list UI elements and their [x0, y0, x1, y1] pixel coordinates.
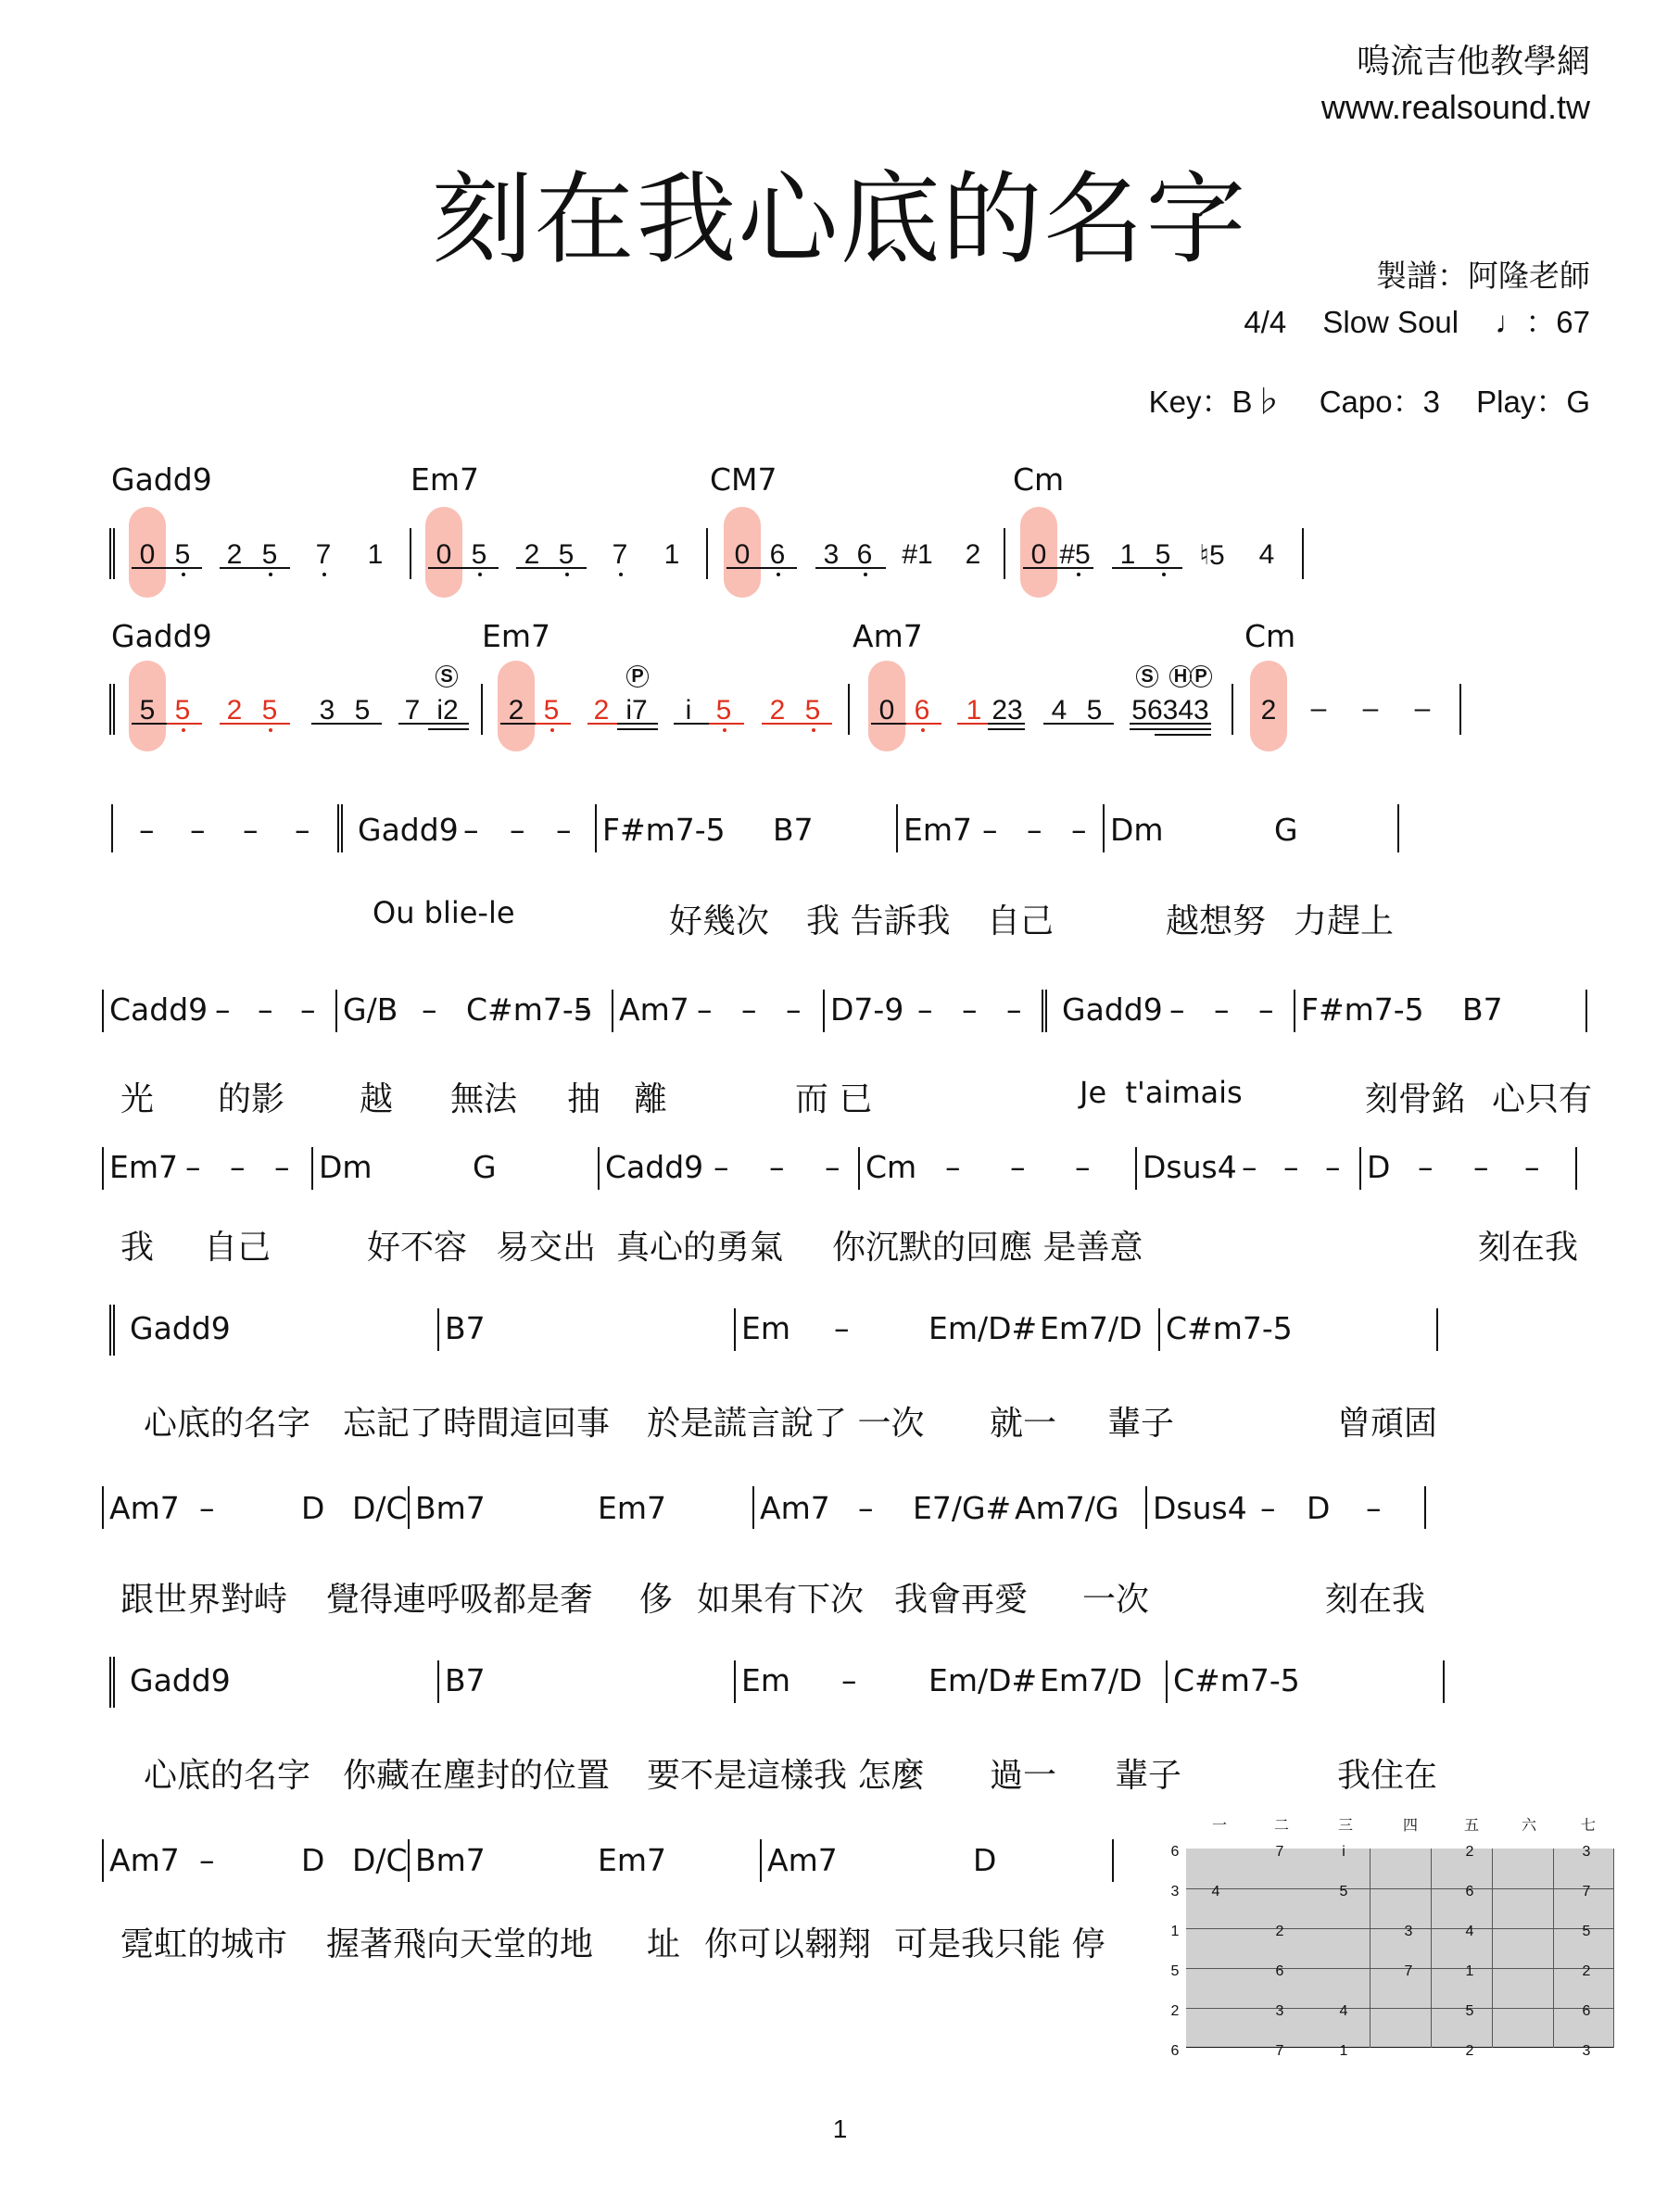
lyric: 越想努 — [1166, 895, 1266, 942]
key: Key：B♭ — [1149, 385, 1283, 419]
pull-off-mark: P — [1190, 665, 1212, 688]
lyric: 我 告訴我 — [806, 895, 950, 942]
site-name: 嗚流吉他教學網 — [1357, 35, 1590, 82]
dash: – — [1358, 693, 1383, 725]
barline — [1232, 684, 1233, 735]
chord-label: Gadd9 — [111, 618, 212, 654]
note: 5 — [350, 695, 374, 726]
dash: – — [1410, 693, 1434, 725]
key-line: Key：B♭ Capo：3 Play：G — [1121, 378, 1590, 422]
note: 1 — [962, 695, 986, 726]
beam — [428, 567, 499, 569]
beam — [132, 567, 202, 569]
note: 23 — [988, 695, 1027, 726]
note: 7 — [311, 539, 335, 571]
note: 5 — [258, 539, 282, 571]
chord-label: Em7 — [482, 618, 550, 654]
note: 2 — [589, 695, 613, 726]
barline — [848, 684, 850, 735]
note: 4 — [1255, 539, 1279, 571]
note: 2 — [504, 695, 528, 726]
beam — [815, 567, 886, 569]
pull-off-mark: P — [626, 665, 649, 688]
chord: F#m7-5 — [602, 812, 726, 848]
chord: Gadd9 — [358, 812, 459, 848]
note: 5 — [1082, 695, 1106, 726]
note: 2 — [1257, 695, 1281, 726]
barline — [481, 684, 483, 735]
beam — [220, 567, 290, 569]
note: ♮5 — [1194, 539, 1231, 572]
note: 3 — [315, 695, 339, 726]
note: 0 — [1027, 539, 1051, 571]
dash: – — [1307, 693, 1331, 725]
note: 0 — [875, 695, 899, 726]
note: 2 — [765, 695, 789, 726]
beam — [1112, 567, 1182, 569]
fretboard-grid — [1186, 1849, 1614, 2048]
note: 6 — [765, 539, 789, 571]
lyric: 自己 — [987, 895, 1054, 942]
note: 5 — [712, 695, 736, 726]
note: 2 — [222, 539, 246, 571]
page-number: 1 — [0, 2114, 1680, 2144]
note: 5 — [135, 695, 159, 726]
note: 4 — [1047, 695, 1071, 726]
double-barline — [109, 684, 115, 735]
site-url[interactable]: www.realsound.tw — [1321, 88, 1590, 127]
note: #5 — [1056, 539, 1093, 571]
play-key: Play：G — [1476, 385, 1590, 419]
note: 1 — [1116, 539, 1140, 571]
note: 0 — [730, 539, 754, 571]
note: 2 — [222, 695, 246, 726]
beam — [726, 567, 797, 569]
chord-label: CM7 — [710, 461, 777, 498]
note: 5 — [171, 539, 195, 571]
note: 1 — [363, 539, 387, 571]
barline — [410, 528, 411, 579]
note: 1 — [660, 539, 684, 571]
note: 5 — [1151, 539, 1175, 571]
note: 5 — [467, 539, 491, 571]
time-signature: 4/4 — [1244, 305, 1286, 339]
note: i7 — [617, 695, 656, 726]
arranger: 製譜：阿隆老師 — [1376, 252, 1590, 296]
slide-mark: S — [1136, 665, 1158, 688]
barline — [1004, 528, 1005, 579]
chord-label: Am7 — [853, 618, 923, 654]
barline — [706, 528, 708, 579]
lyric: 力趕上 — [1294, 895, 1394, 942]
note: 7 — [400, 695, 424, 726]
note: 0 — [135, 539, 159, 571]
note: i2 — [428, 695, 467, 726]
note: 7 — [608, 539, 632, 571]
hammer-on-mark: H — [1169, 665, 1192, 688]
beam — [516, 567, 587, 569]
note: 2 — [961, 539, 985, 571]
tempo: ♩：67 — [1495, 305, 1590, 339]
double-barline — [109, 528, 115, 579]
note: 5 — [539, 695, 563, 726]
chord: Em7 — [903, 812, 972, 848]
barline — [1459, 684, 1461, 735]
beam — [1023, 567, 1093, 569]
chord-label: Gadd9 — [111, 461, 212, 498]
note: #1 — [899, 539, 936, 571]
note: 2 — [520, 539, 544, 571]
note: 0 — [432, 539, 456, 571]
tempo-line: 4/4 Slow Soul ♩：67 — [1216, 298, 1590, 342]
chord: B7 — [773, 812, 814, 848]
note: 6 — [853, 539, 877, 571]
chord: Dm — [1110, 812, 1164, 848]
note: 3 — [819, 539, 843, 571]
barline — [1302, 528, 1304, 579]
slide-mark: S — [436, 665, 458, 688]
chord: G — [1274, 812, 1298, 848]
note: 5 — [554, 539, 578, 571]
note: 56343 — [1129, 695, 1212, 726]
style: Slow Soul — [1322, 305, 1459, 339]
lyric: 好幾次 — [669, 895, 769, 942]
note: i — [676, 695, 701, 726]
capo: Capo：3 — [1320, 385, 1440, 419]
note: 5 — [171, 695, 195, 726]
note: 5 — [258, 695, 282, 726]
chord-label: Cm — [1013, 461, 1064, 498]
note: 6 — [910, 695, 934, 726]
chord-label: Cm — [1244, 618, 1295, 654]
lyric: Ou blie-le — [373, 895, 515, 930]
chord-label: Em7 — [411, 461, 479, 498]
note: 5 — [801, 695, 825, 726]
